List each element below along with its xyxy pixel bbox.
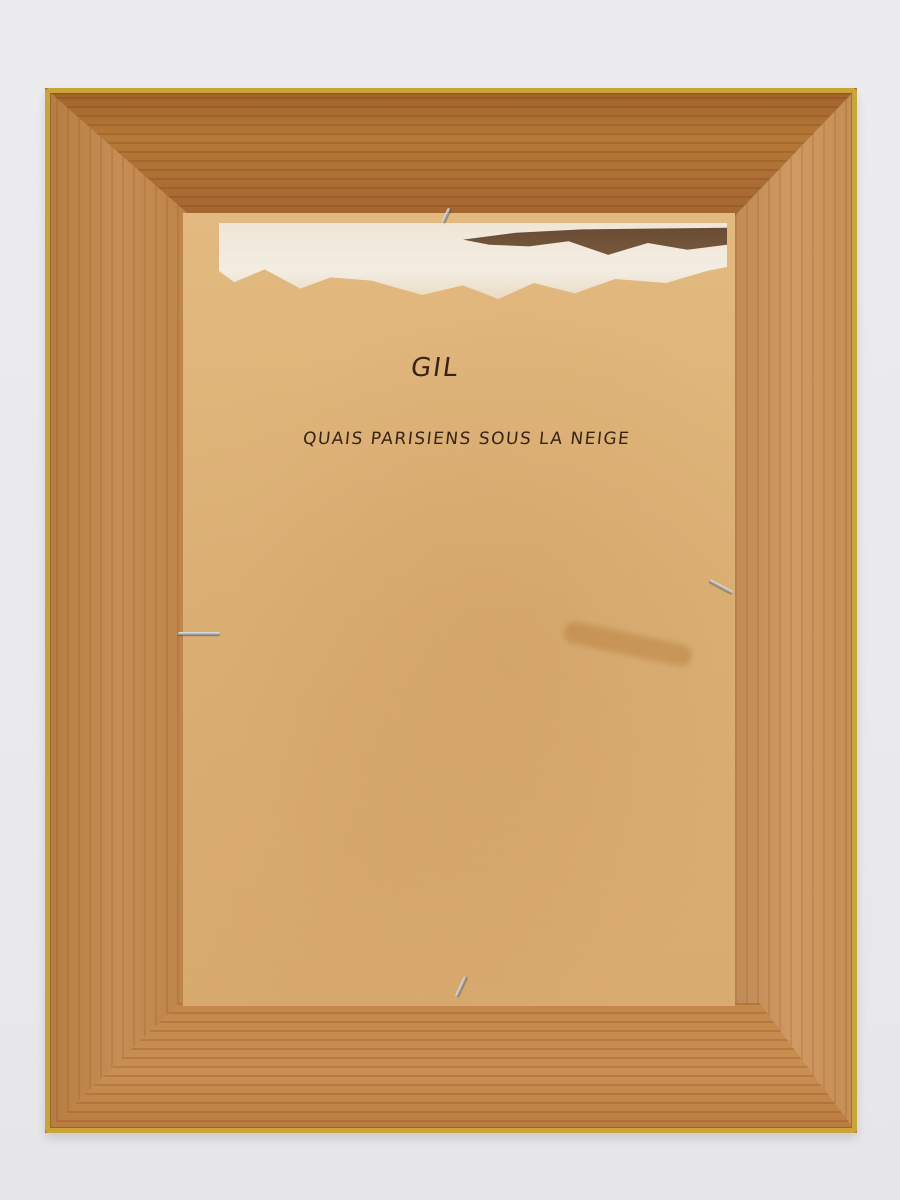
cardboard-backing: GIL QUAIS PARISIENS SOUS LA NEIGE bbox=[183, 213, 735, 1006]
photograph: GIL QUAIS PARISIENS SOUS LA NEIGE bbox=[0, 0, 900, 1200]
title-inscription: QUAIS PARISIENS SOUS LA NEIGE bbox=[302, 429, 735, 449]
picture-frame: GIL QUAIS PARISIENS SOUS LA NEIGE bbox=[45, 88, 857, 1133]
frame-right-rail bbox=[735, 88, 857, 1133]
frame-left-rail bbox=[45, 88, 190, 1133]
artist-inscription: GIL bbox=[409, 353, 462, 383]
backing-stain bbox=[562, 620, 694, 669]
frame-bottom-rail bbox=[45, 1003, 857, 1133]
nail-icon bbox=[178, 632, 220, 635]
